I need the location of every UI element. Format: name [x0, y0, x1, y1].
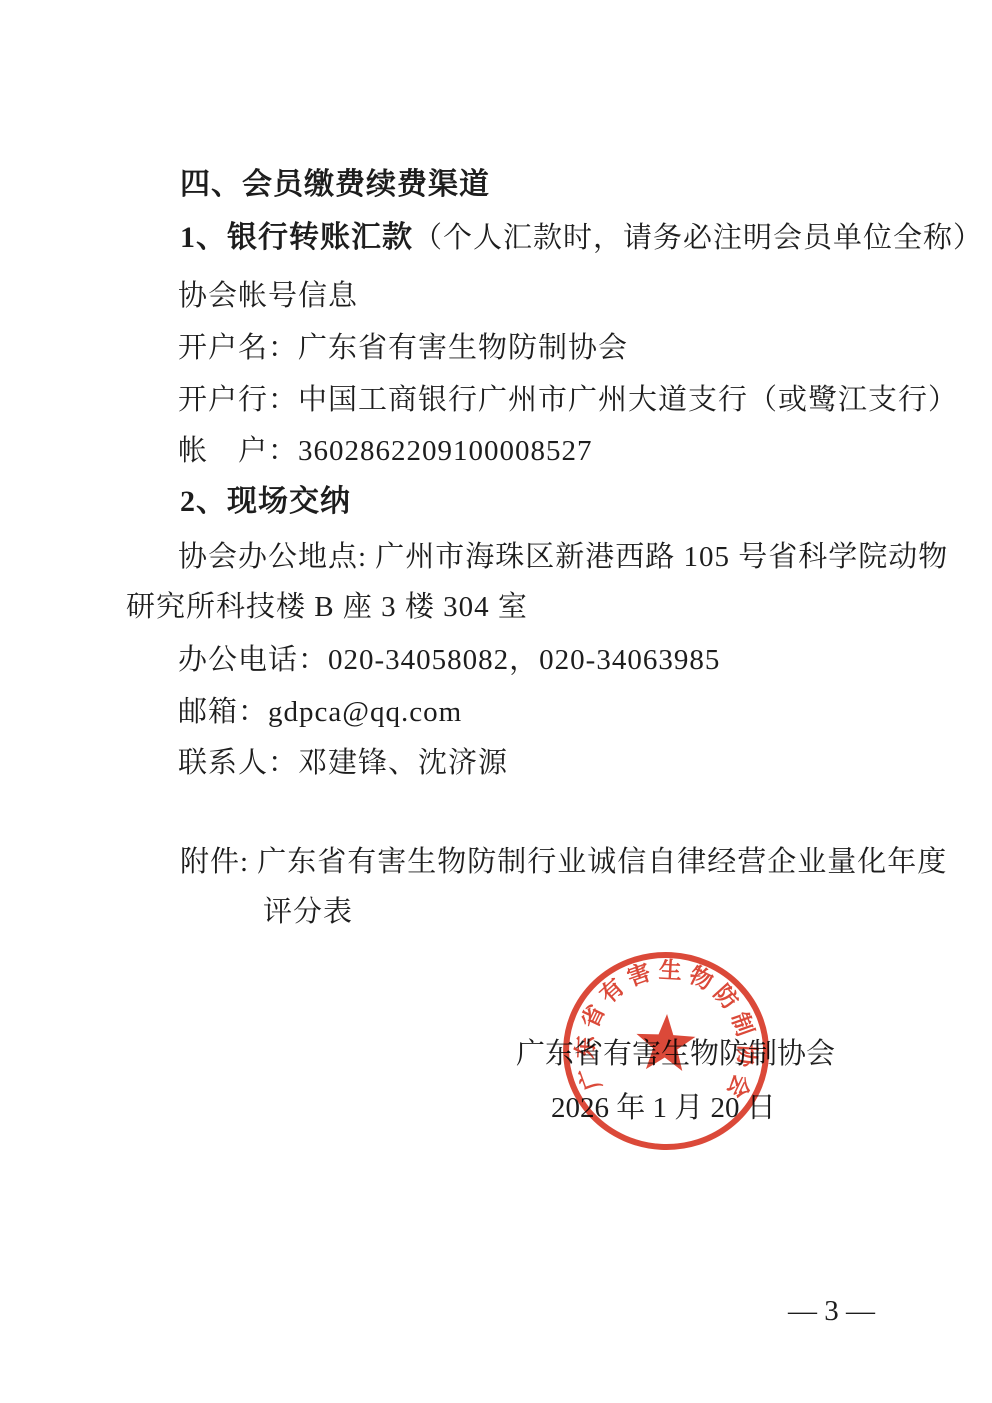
account-info-title: 协会帐号信息: [178, 278, 358, 314]
item1-title: 1、银行转账汇款: [180, 221, 413, 254]
attachment-line2: 评分表: [263, 894, 353, 930]
office-phone-line: 办公电话：020-34058082，020-34063985: [178, 642, 720, 678]
document-page: 四、会员缴费续费渠道 1、银行转账汇款（个人汇款时，请务必注明会员单位全称） 协…: [0, 0, 992, 1403]
office-address-line2: 研究所科技楼 B 座 3 楼 304 室: [126, 589, 528, 625]
attachment-line1: 附件: 广东省有害生物防制行业诚信自律经营企业量化年度: [180, 844, 947, 880]
account-number-line: 帐 户：3602862209100008527: [178, 433, 593, 469]
svg-text:广东省有害生物防制协会: 广东省有害生物防制协会: [571, 953, 764, 1103]
section-heading: 四、会员缴费续费渠道: [180, 167, 490, 203]
account-name-line: 开户名：广东省有害生物防制协会: [178, 330, 628, 366]
page-number: — 3 —: [788, 1293, 875, 1329]
item1-note: （个人汇款时，请务必注明会员单位全称）: [413, 222, 983, 254]
item2-title: 2、现场交纳: [180, 484, 351, 520]
bank-branch-line: 开户行：中国工商银行广州市广州大道支行（或鹭江支行）: [178, 382, 958, 418]
signature-date: 2026 年 1 月 20 日: [551, 1090, 776, 1126]
email-line: 邮箱：gdpca@qq.com: [178, 694, 462, 730]
signature-organization: 广东省有害生物防制协会: [516, 1036, 835, 1072]
office-address-line1: 协会办公地点: 广州市海珠区新港西路 105 号省科学院动物: [178, 539, 948, 575]
item1-line: 1、银行转账汇款（个人汇款时，请务必注明会员单位全称）: [180, 220, 983, 256]
stamp-ring-text: 广东省有害生物防制协会: [571, 953, 764, 1103]
contact-person-line: 联系人：邓建锋、沈济源: [178, 745, 508, 781]
